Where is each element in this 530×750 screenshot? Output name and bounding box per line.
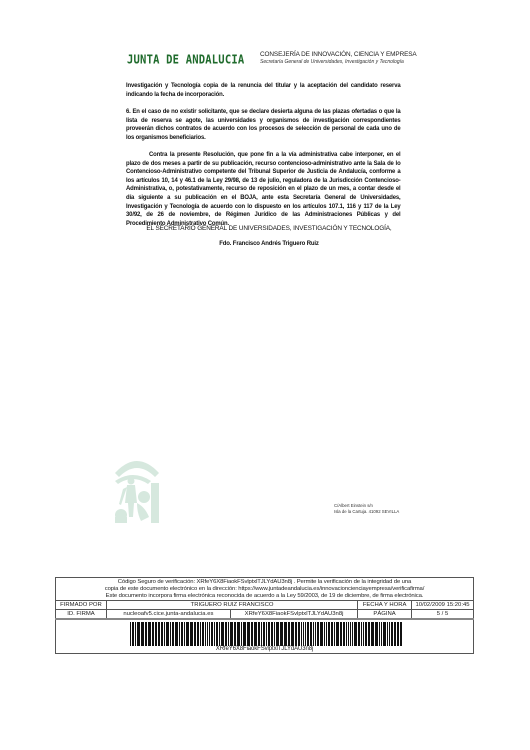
address-line-2: Isla de la Cartuja. 41092 SEVILLA [334, 509, 399, 515]
andalucia-coat-of-arms-watermark-icon [115, 455, 160, 530]
department-name: CONSEJERÍA DE INNOVACIÓN, CIENCIA Y EMPR… [260, 51, 417, 58]
signed-by-label: FIRMADO POR [56, 601, 107, 610]
verification-barcode-icon [130, 622, 402, 646]
electronic-signature-footer: Código Seguro de verificación: XRfeY6X8F… [55, 577, 474, 654]
signature-id-host: nucleoafv5.cice.junta-andalucia.es [106, 610, 230, 620]
subdepartment-name: Secretaría General de Universidades, Inv… [260, 59, 404, 65]
signatory-title: EL SECRETARIO GENERAL DE UNIVERSIDADES, … [126, 225, 412, 232]
paragraph-incorporation: Investigación y Tecnología copia de la r… [126, 82, 401, 99]
verification-notice: Código Seguro de verificación: XRfeY6X8F… [56, 579, 473, 601]
signed-by-value: TRIGUERO RUIZ FRANCISCO [106, 601, 357, 610]
signatory-name: Fdo. Francisco Andrés Triguero Ruiz [126, 241, 412, 247]
verification-line-1: Código Seguro de verificación: XRfeY6X8F… [56, 579, 473, 586]
page-label: PÁGINA [358, 610, 412, 620]
signature-table: FIRMADO POR TRIGUERO RUIZ FRANCISCO FECH… [55, 600, 474, 620]
date-value: 10/02/2009 15:20:45 [412, 601, 474, 610]
date-label: FECHA Y HORA [358, 601, 412, 610]
table-row: ID. FIRMA nucleoafv5.cice.junta-andaluci… [56, 610, 474, 620]
barcode-code: XRfeY6X8FiaokFSvlptxlTJLYdAU3n8j [56, 646, 473, 652]
paragraph-appeal: Contra la presente Resolución, que pone … [126, 151, 401, 228]
signature-id-code: XRfeY6X8FiaokFSvlptxlTJLYdAU3n8j [230, 610, 357, 620]
paragraph-point-6: 6. En el caso de no existir solicitante,… [126, 108, 401, 142]
table-row: FIRMADO POR TRIGUERO RUIZ FRANCISCO FECH… [56, 601, 474, 610]
verification-line-2[interactable]: copia de este documento electrónico en l… [56, 586, 473, 593]
signature-id-label: ID. FIRMA [56, 610, 107, 620]
junta-de-andalucia-logo: JUNTA DE ANDALUCIA [127, 53, 244, 67]
postal-address: C/Albert Einstein s/n Isla de la Cartuja… [334, 503, 399, 515]
page-value: 5 / 5 [412, 610, 474, 620]
